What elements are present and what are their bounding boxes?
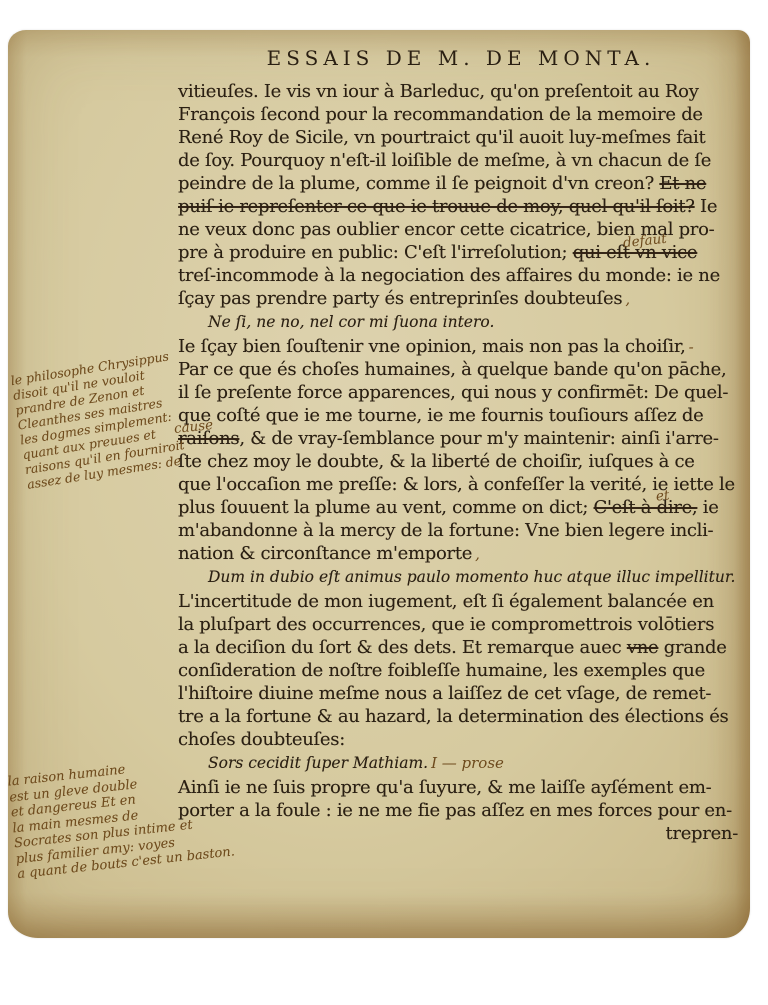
printed-text: l'hiſtoire diuine meſme nous a laiſſez d… [178,683,711,704]
printed-text: Ne ſi, ne no, nel cor mi ſuona intero. [208,313,494,331]
strikethrough-wrap: puiſ-ie repreſenter ce que ie trouue de … [178,196,695,217]
printed-text: pre à produire en public: C'eſt l'irreſo… [178,242,573,263]
printed-text: nation & circonſtance m'emporte [178,543,472,564]
text-line: Ainſi ie ne ſuis propre qu'a ſuyure, & m… [178,776,744,799]
printed-text: François ſecond pour la recommandation d… [178,104,703,125]
text-line: porter a la foule : ie ne me fie pas aſſ… [178,799,744,822]
printed-text: de ſoy. Pourquoy n'eſt-il loiſible de me… [178,150,711,171]
printed-text: porter a la foule : ie ne me fie pas aſſ… [178,800,732,821]
printed-text: tre a la fortune & au hazard, la determi… [178,706,728,727]
strikethrough-wrap: etC'eſt à dire, [594,497,698,518]
book-photo: ESSAIS DE M. DE MONTA. vitieuſes. Ie vis… [0,0,768,1005]
text-line: pre à produire en public: C'eſt l'irreſo… [178,241,744,264]
text-line: choſes doubteuſes: [178,728,744,751]
printed-text: conſideration de noſtre foibleſſe humain… [178,660,705,681]
printed-text: que coſté que ie me tourne, ie me fourni… [178,405,703,426]
handwritten-correction: defaut [621,228,667,255]
printed-text: Ainſi ie ne ſuis propre qu'a ſuyure, & m… [178,777,711,798]
text-line: causeraiſons, & de vray-ſemblance pour m… [178,427,744,450]
text-line: plus ſouuent la plume au vent, comme on … [178,496,744,519]
text-line: François ſecond pour la recommandation d… [178,103,744,126]
handwritten-mark: , [625,290,630,308]
handwritten-mark: , [475,545,480,563]
printed-text: treſ-incommode à la negociation des affa… [178,265,720,286]
handwritten-mark: - [689,338,694,356]
text-line: treſ-incommode à la negociation des affa… [178,264,744,287]
struck-text: puiſ-ie repreſenter ce que ie trouue de … [178,196,695,217]
text-line: ſte chez moy le doubte, & la liberté de … [178,450,744,473]
text-line: puiſ-ie repreſenter ce que ie trouue de … [178,195,744,218]
printed-text: Ie ſçay bien ſouſtenir vne opinion, mais… [178,336,686,357]
text-line: Ne ſi, ne no, nel cor mi ſuona intero. [178,310,744,335]
text-line: la pluſpart des occurrences, que ie comp… [178,613,744,636]
strikethrough-wrap: defautqui eſt vn vice [573,242,698,263]
text-line: de ſoy. Pourquoy n'eſt-il loiſible de me… [178,149,744,172]
struck-text: vne [627,637,659,658]
text-line: a la deciſion du ſort & des dets. Et rem… [178,636,744,659]
printed-text: ſte chez moy le doubte, & la liberté de … [178,451,695,472]
text-line: m'abandonne à la mercy de la fortune: Vn… [178,519,744,542]
strikethrough-wrap: vne [627,637,659,658]
printed-text: plus ſouuent la plume au vent, comme on … [178,497,594,518]
text-line: peindre de la plume, comme il ſe peignoi… [178,172,744,195]
handwritten-correction: et [655,484,671,508]
text-line: Dum in dubio eſt animus paulo momento hu… [178,565,744,590]
text-line: tre a la fortune & au hazard, la determi… [178,705,744,728]
printed-text: il ſe preſente force apparences, qui nou… [178,382,728,403]
printed-text: ie [697,497,718,518]
text-line: ſçay pas prendre party és entreprinſes d… [178,287,744,310]
text-line: René Roy de Sicile, vn pourtraict qu'il … [178,126,744,149]
printed-text: m'abandonne à la mercy de la fortune: Vn… [178,520,713,541]
printed-text: Sors cecidit ſuper Mathiam. [208,754,428,772]
text-line: l'hiſtoire diuine meſme nous a laiſſez d… [178,682,744,705]
printed-text: L'incertitude de mon iugement, eſt ſi ég… [178,591,714,612]
text-line: il ſe preſente force apparences, qui nou… [178,381,744,404]
printed-text: René Roy de Sicile, vn pourtraict qu'il … [178,127,705,148]
handwritten-mark: I — prose [431,754,504,772]
text-line: Sors cecidit ſuper Mathiam.I — prose [178,751,744,776]
printed-text: peindre de la plume, comme il ſe peignoi… [178,173,659,194]
page: ESSAIS DE M. DE MONTA. vitieuſes. Ie vis… [8,30,750,938]
printed-text: trepren- [665,823,738,844]
printed-text: Ie [695,196,718,217]
printed-text: grande [658,637,726,658]
struck-text: Et ne [659,173,706,194]
strikethrough-wrap: causeraiſons [178,428,239,449]
margin-note-1: le philosophe Chrysippusdisoit qu'il ne … [10,348,188,492]
printed-text: ſçay pas prendre party és entreprinſes d… [178,288,622,309]
text-line: L'incertitude de mon iugement, eſt ſi ég… [178,590,744,613]
printed-text: la pluſpart des occurrences, que ie comp… [178,614,714,635]
struck-text: C'eſt à dire, [594,497,698,518]
printed-text: que l'occaſion me preſſe: & lors, à conf… [178,474,735,495]
running-header: ESSAIS DE M. DE MONTA. [178,46,744,70]
printed-text: choſes doubteuſes: [178,729,345,750]
text-line: conſideration de noſtre foibleſſe humain… [178,659,744,682]
printed-text: a la deciſion du ſort & des dets. Et rem… [178,637,627,658]
margin-note-2: la raison humaineest un gleve doubleet d… [7,752,236,883]
text-line: Ie ſçay bien ſouſtenir vne opinion, mais… [178,335,744,358]
text-line: vitieuſes. Ie vis vn iour à Barleduc, qu… [178,80,744,103]
printed-text: , & de vray-ſemblance pour m'y maintenir… [239,428,718,449]
strikethrough-wrap: Et ne [659,173,706,194]
text-line: trepren- [178,822,744,845]
text-line: que coſté que ie me tourne, ie me fourni… [178,404,744,427]
printed-text: Par ce que és choſes humaines, à quelque… [178,359,726,380]
printed-text: vitieuſes. Ie vis vn iour à Barleduc, qu… [178,81,699,102]
text-line: Par ce que és choſes humaines, à quelque… [178,358,744,381]
text-line: nation & circonſtance m'emporte, [178,542,744,565]
text-block: vitieuſes. Ie vis vn iour à Barleduc, qu… [178,80,744,845]
printed-text: Dum in dubio eſt animus paulo momento hu… [208,568,735,586]
